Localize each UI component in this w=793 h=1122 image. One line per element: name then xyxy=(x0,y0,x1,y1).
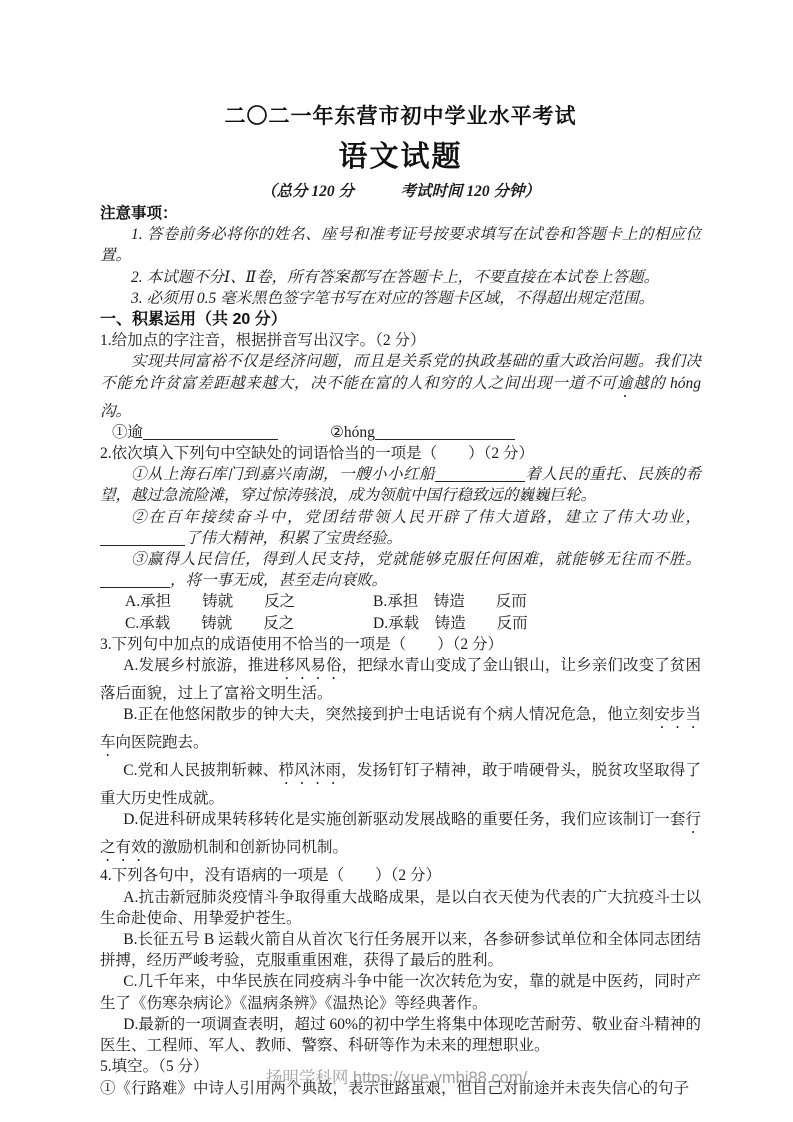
q2-sentence-3: ③赢得人民信任，得到人民支持，党就能够克服任何困难，就能够无往而不胜。，将一事无… xyxy=(100,549,701,591)
question-1: 1.给加点的字注音，根据拼音写出汉字。（2 分） 实现共同富裕不仅是经济问题，而… xyxy=(100,330,701,443)
q4-option-a: A.抗击新冠肺炎疫情斗争取得重大战略成果，是以白衣天使为代表的广大抗疫斗士以生命… xyxy=(100,887,701,929)
notice-item-2: 2. 本试题不分Ⅰ、Ⅱ卷，所有答案都写在答题卡上，不要直接在本试卷上答题。 xyxy=(100,267,701,288)
q4-stem: 4.下列各句中，没有语病的一项是（ ）（2 分） xyxy=(100,865,701,886)
q3-option-d: D.促进科研成果转移转化是实施创新驱动发展战略的重要任务，我们应该制订一套行之有… xyxy=(100,809,701,865)
paper-header: 二〇二一年东营市初中学业水平考试 语文试题 （总分 120 分 考试时间 120… xyxy=(100,104,701,203)
q2-sentence-2: ②在百年接续奋斗中，党团结带领人民开辟了伟大道路，建立了伟大功业，了伟大精神，积… xyxy=(100,507,701,549)
q2-options: A.承担 铸就 反之 B.承担 铸造 反而 C.承载 铸就 反之 D.承载 铸造… xyxy=(100,591,701,633)
notices-heading: 注意事项： xyxy=(100,203,701,224)
question-3: 3.下列句中加点的成语使用不恰当的一项是（ ）（2 分） A.发展乡村旅游，推进… xyxy=(100,634,701,866)
q3-option-b-text-1: B.正在他悠闲散步的钟大夫，突然接到护士电话说有个病人情况危急，他立刻 xyxy=(123,706,654,723)
q3-option-d-text-1: D.促进科研成果转移转化是实施创新驱动发展战略的重要任务，我们应该制订一套 xyxy=(123,811,685,828)
q2-option-c: C.承载 铸就 反之 xyxy=(125,613,373,634)
exam-paper-page: 二〇二一年东营市初中学业水平考试 语文试题 （总分 120 分 考试时间 120… xyxy=(100,0,701,1099)
question-4: 4.下列各句中，没有语病的一项是（ ）（2 分） A.抗击新冠肺炎疫情斗争取得重… xyxy=(100,865,701,1056)
notice-item-3: 3. 必须用 0.5 毫米黑色签字笔书写在对应的答题卡区域，不得超出规定范围。 xyxy=(100,288,701,309)
q1-blank2-label: ②hóng xyxy=(330,424,375,441)
q4-option-d: D.最新的一项调查表明，超过 60%的初中学生将集中体现吃苦耐劳、敬业奋斗精神的… xyxy=(100,1014,701,1056)
q1-blank1-label: ①逾 xyxy=(112,424,143,441)
q3-option-c-idiom: 栉风沐雨 xyxy=(279,762,342,779)
q2-sentence-2-text-2: 了伟大精神，积累了宝贵经验。 xyxy=(185,530,402,547)
q1-passage: 实现共同富裕不仅是经济问题，而且是关系党的执政基础的重大政治问题。我们决不能允许… xyxy=(100,351,701,421)
q4-option-c: C.几千年来，中华民族在同疫病斗争中能一次次转危为安，靠的就是中医药，同时产生了… xyxy=(100,971,701,1013)
q2-sentence-1-blank xyxy=(435,467,525,482)
q2-option-d: D.承载 铸造 反而 xyxy=(373,613,701,634)
q1-stem: 1.给加点的字注音，根据拼音写出汉字。（2 分） xyxy=(100,330,701,351)
q3-option-c-text-1: C.党和人民披荆斩棘、 xyxy=(123,762,278,779)
q3-option-b: B.正在他悠闲散步的钟大夫，突然接到护士电话说有个病人情况危急，他立刻安步当车向… xyxy=(100,704,701,760)
question-2: 2.依次填入下列句中空缺处的词语恰当的一项是（ ）（2 分） ①从上海石库门到嘉… xyxy=(100,443,701,634)
q2-sentence-3-text-2: ，将一事无成，甚至走向衰败。 xyxy=(170,572,387,589)
q2-sentence-1: ①从上海石库门到嘉兴南湖，一艘小小红船着人民的重托、民族的希望，越过急流险滩，穿… xyxy=(100,464,701,506)
q2-sentence-2-blank xyxy=(100,531,185,546)
score-duration-line: （总分 120 分 考试时间 120 分钟） xyxy=(100,181,701,203)
notices-section: 注意事项： 1. 答卷前务必将你的姓名、座号和准考证号按要求填写在试卷和答题卡上… xyxy=(100,203,701,309)
subject-title: 语文试题 xyxy=(100,139,701,175)
q2-sentence-3-text-1: ③赢得人民信任，得到人民支持，党就能够克服任何困难，就能够无往而不胜。 xyxy=(131,551,701,568)
q3-option-b-text-2: 向医院跑去。 xyxy=(116,734,209,751)
q1-blank1-line xyxy=(143,425,278,440)
section-1-heading: 一、积累运用（共 20 分） xyxy=(100,309,701,330)
paper-body: 注意事项： 1. 答卷前务必将你的姓名、座号和准考证号按要求填写在试卷和答题卡上… xyxy=(100,203,701,1099)
watermark-site-link[interactable]: 扬明学科网 https://xue.ymbj88.com/ xyxy=(266,1069,527,1087)
q2-sentence-1-text-1: ①从上海石库门到嘉兴南湖，一艘小小红船 xyxy=(131,466,435,483)
q2-option-a: A.承担 铸就 反之 xyxy=(125,591,373,612)
q3-option-d-text-2: 的激励机制和创新协同机制。 xyxy=(147,839,349,856)
q1-passage-text-1: 实现共同富裕不仅是经济问题，而且是关系党的执政基础的重大政治问题。我们决不能允许… xyxy=(100,353,701,391)
q2-stem: 2.依次填入下列句中空缺处的词语恰当的一项是（ ）（2 分） xyxy=(100,443,701,464)
q1-answer-row: ①逾②hóng xyxy=(100,422,701,443)
q1-dotted-char: 逾 xyxy=(617,375,633,392)
q4-option-b: B.长征五号 B 运载火箭自从首次飞行任务展开以来，各参研参试单位和全体同志团结… xyxy=(100,929,701,971)
exam-title: 二〇二一年东营市初中学业水平考试 xyxy=(100,104,701,130)
notice-item-1: 1. 答卷前务必将你的姓名、座号和准考证号按要求填写在试卷和答题卡上的相应位置。 xyxy=(100,224,701,266)
q2-option-b: B.承担 铸造 反而 xyxy=(373,591,701,612)
q3-option-a-text-1: A.发展乡村旅游，推进 xyxy=(123,657,279,674)
q3-option-c: C.党和人民披荆斩棘、栉风沐雨，发扬钉钉子精神，敢于啃硬骨头，脱贫攻坚取得了重大… xyxy=(100,760,701,809)
q3-option-a-idiom: 移风易俗 xyxy=(279,657,342,674)
q2-sentence-3-blank xyxy=(100,573,170,588)
q1-blank2-line xyxy=(375,425,515,440)
watermark-footer: 扬明学科网 https://xue.ymbj88.com/ xyxy=(0,1064,793,1088)
q3-option-a: A.发展乡村旅游，推进移风易俗，把绿水青山变成了金山银山，让乡亲们改变了贫困落后… xyxy=(100,655,701,704)
q3-stem: 3.下列句中加点的成语使用不恰当的一项是（ ）（2 分） xyxy=(100,634,701,655)
q2-sentence-2-text-1: ②在百年接续奋斗中，党团结带领人民开辟了伟大道路，建立了伟大功业， xyxy=(131,509,701,526)
